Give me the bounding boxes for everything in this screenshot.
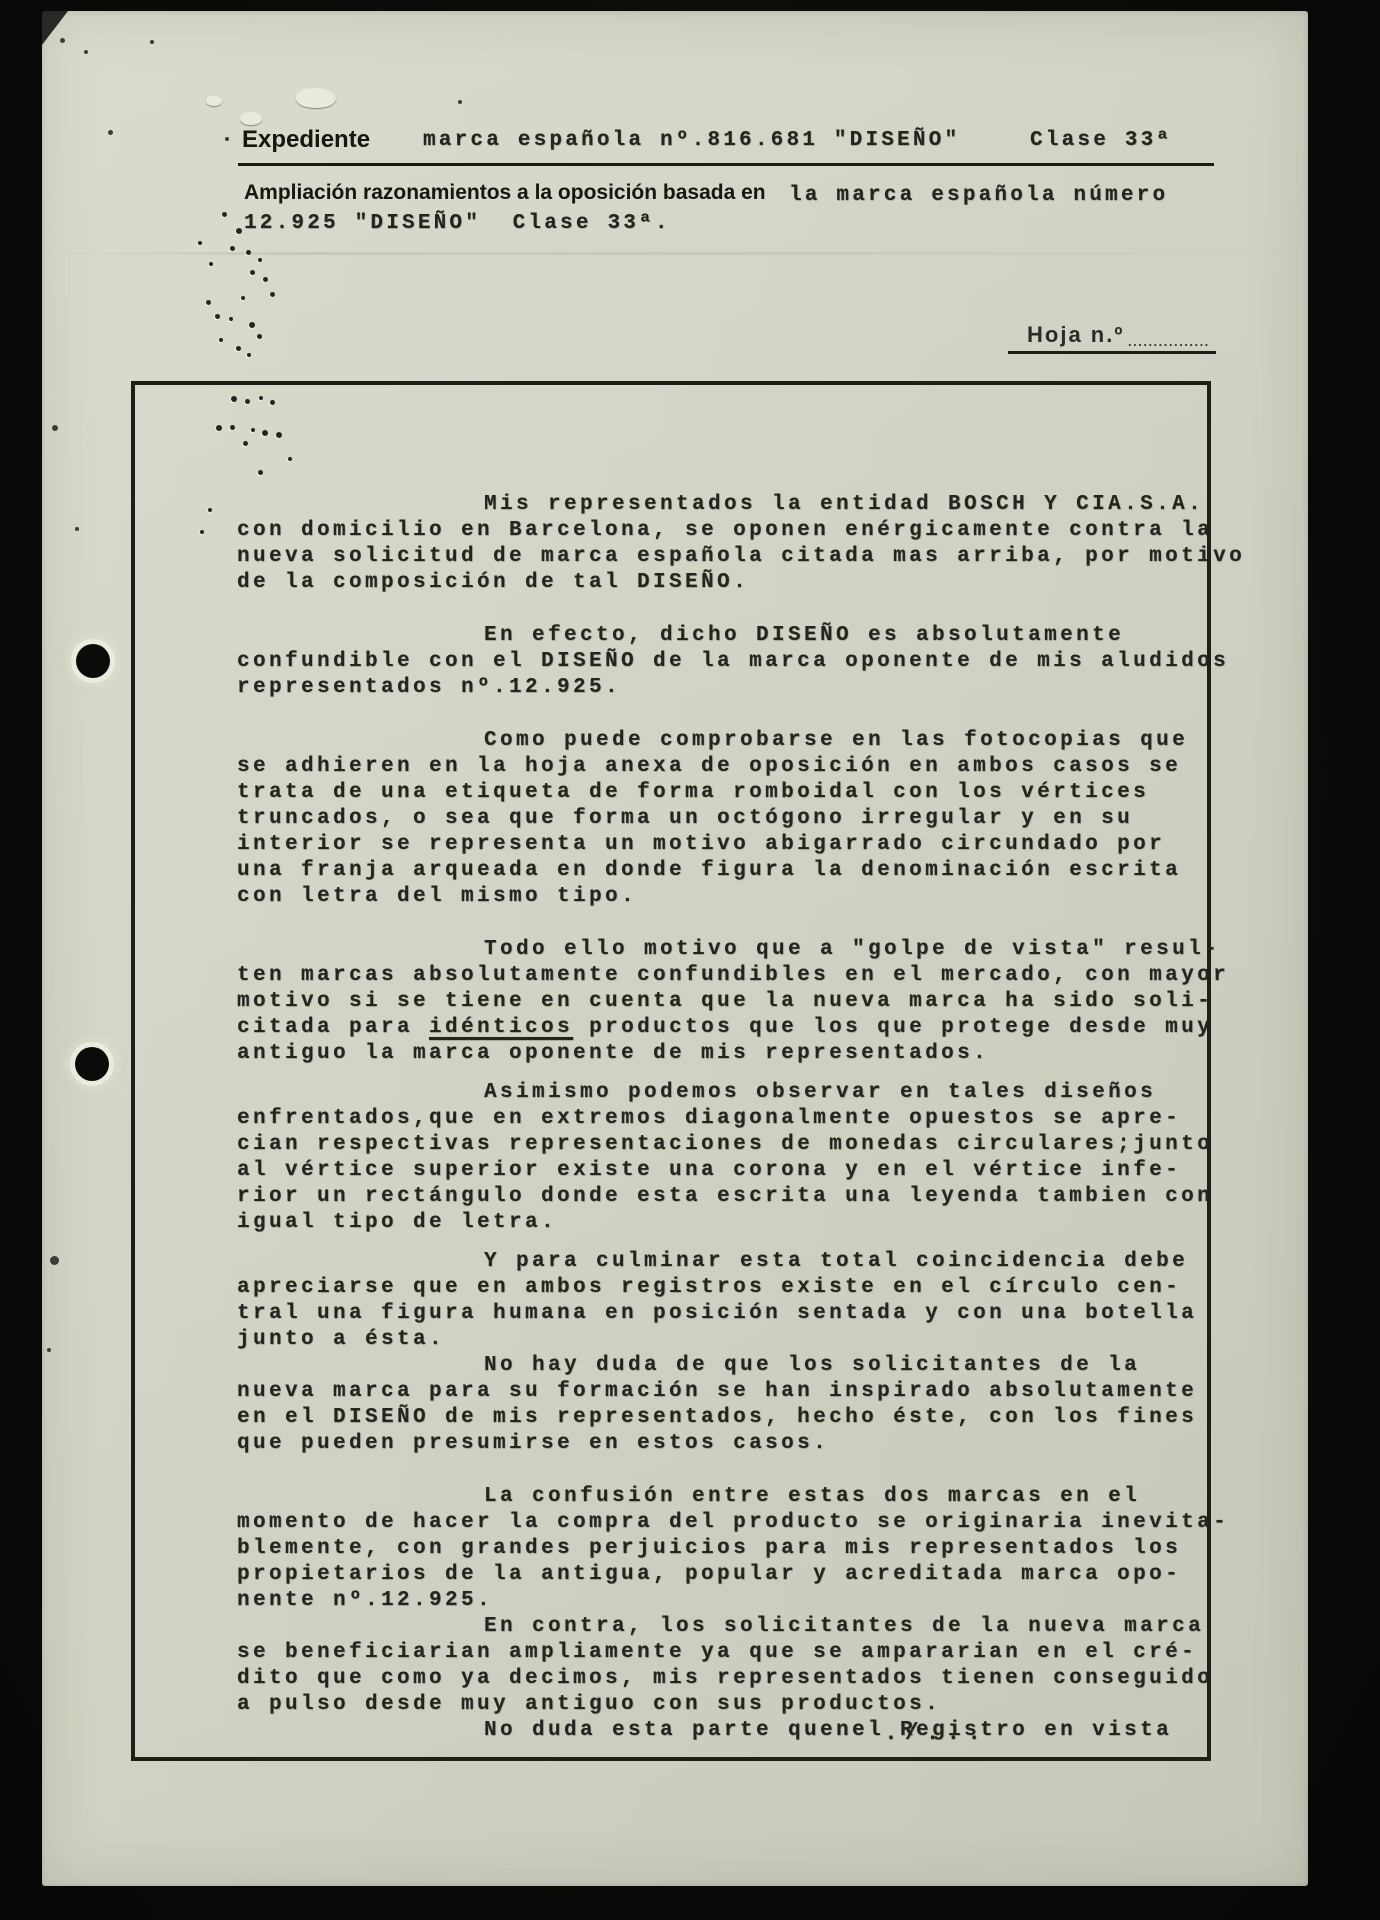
- hoja-number-field: ................: [1128, 334, 1210, 349]
- text-run: nente nº.12.925.: [237, 1589, 493, 1612]
- text-run: nueva solicitud de marca española citada…: [237, 545, 1245, 568]
- text-line: se adhieren en la hoja anexa de oposició…: [237, 754, 1247, 780]
- text-line: No hay duda de que los solicitantes de l…: [237, 1353, 1247, 1379]
- perforation-dot: [241, 296, 245, 300]
- paper-speck: [150, 40, 154, 44]
- text-run: cian respectivas representaciones de mon…: [237, 1133, 1213, 1156]
- text-line: representados nº.12.925.: [237, 675, 1247, 701]
- expediente-value: marca española nº.816.681 "DISEÑO": [423, 129, 960, 152]
- text-run: a pulso desde muy antiguo con sus produc…: [237, 1693, 941, 1716]
- text-line: Asimismo podemos observar en tales diseñ…: [237, 1080, 1247, 1106]
- text-line: motivo si se tiene en cuenta que la nuev…: [237, 989, 1247, 1015]
- text-line: que pueden presumirse en estos casos.: [237, 1431, 1247, 1457]
- text-line: propietarios de la antigua, popular y ac…: [237, 1562, 1247, 1588]
- text-line: Como puede comprobarse en las fotocopias…: [237, 728, 1247, 754]
- text-line: nente nº.12.925.: [237, 1588, 1247, 1614]
- underlined-word: idénticos: [429, 1016, 573, 1039]
- paper-tear-chip: [206, 96, 222, 106]
- text-run: Mis representados la entidad BOSCH Y CIA…: [484, 493, 1204, 516]
- perforation-dot: [246, 250, 251, 255]
- perforation-dot: [215, 314, 220, 319]
- text-run: Todo ello motivo que a "golpe de vista" …: [484, 938, 1220, 961]
- paragraph: Mis representados la entidad BOSCH Y CIA…: [237, 492, 1247, 596]
- perforation-dot: [209, 262, 213, 266]
- text-run: No duda esta parte quenel Registro en vi…: [484, 1719, 1172, 1742]
- perforation-dot: [258, 258, 262, 262]
- text-run: interior se representa un motivo abigarr…: [237, 833, 1165, 856]
- paragraph: En efecto, dicho DISEÑO es absolutamente…: [237, 623, 1247, 701]
- perforation-dot: [251, 428, 255, 432]
- text-line: nueva marca para su formación se han ins…: [237, 1379, 1247, 1405]
- perforation-dot: [250, 270, 255, 275]
- ampliacion-value-line1: la marca española número: [789, 184, 1168, 207]
- text-run: se adhieren en la hoja anexa de oposició…: [237, 755, 1181, 778]
- perforation-dot: [276, 432, 282, 438]
- text-line: con domicilio en Barcelona, se oponen en…: [237, 518, 1247, 544]
- text-run: junto a ésta.: [237, 1328, 445, 1351]
- text-run: trata de una etiqueta de forma romboidal…: [237, 781, 1149, 804]
- perforation-dot: [219, 338, 223, 342]
- text-run: blemente, con grandes perjuicios para mi…: [237, 1537, 1181, 1560]
- perforation-dot: [263, 277, 268, 282]
- text-run: citada para: [237, 1016, 429, 1039]
- perforation-dot: [262, 430, 268, 436]
- text-run: apreciarse que en ambos registros existe…: [237, 1276, 1181, 1299]
- paper-speck: [84, 50, 88, 54]
- text-run: Y para culminar esta total coincidencia …: [484, 1250, 1188, 1273]
- text-line: antiguo la marca oponente de mis represe…: [237, 1041, 1247, 1067]
- text-run: nueva marca para su formación se han ins…: [237, 1380, 1197, 1403]
- paragraph: En contra, los solicitantes de la nueva …: [237, 1614, 1247, 1718]
- text-line: confundible con el DISEÑO de la marca op…: [237, 649, 1247, 675]
- text-line: interior se representa un motivo abigarr…: [237, 832, 1247, 858]
- text-line: citada para idénticos productos que los …: [237, 1015, 1247, 1041]
- text-run: Asimismo podemos observar en tales diseñ…: [484, 1081, 1156, 1104]
- paragraph: No duda esta parte quenel Registro en vi…: [237, 1718, 1247, 1744]
- text-line: una franja arqueada en donde figura la d…: [237, 858, 1247, 884]
- perforation-dot: [230, 246, 235, 251]
- ampliacion-value-line2: 12.925 "DISEÑO" Clase 33ª.: [244, 212, 671, 235]
- text-run: al vértice superior existe una corona y …: [237, 1159, 1181, 1182]
- text-line: se beneficiarian ampliamente ya que se a…: [237, 1640, 1247, 1666]
- text-run: confundible con el DISEÑO de la marca op…: [237, 650, 1229, 673]
- paper-speck: [225, 137, 229, 141]
- paper-speck: [50, 1256, 59, 1265]
- text-line: apreciarse que en ambos registros existe…: [237, 1275, 1247, 1301]
- text-run: En efecto, dicho DISEÑO es absolutamente: [484, 624, 1124, 647]
- perforation-dot: [247, 353, 251, 357]
- clase-value: Clase 33ª: [1030, 129, 1172, 152]
- punch-hole-top: [76, 644, 110, 678]
- text-run: motivo si se tiene en cuenta que la nuev…: [237, 990, 1213, 1013]
- text-line: rior un rectángulo donde esta escrita un…: [237, 1184, 1247, 1210]
- perforation-dot: [259, 396, 263, 400]
- perforation-dot: [288, 457, 292, 461]
- perforation-dot: [230, 425, 235, 430]
- text-run: de la composición de tal DISEÑO.: [237, 571, 749, 594]
- perforation-dot: [257, 334, 262, 339]
- text-line: Mis representados la entidad BOSCH Y CIA…: [237, 492, 1247, 518]
- text-line: tral una figura humana en posición senta…: [237, 1301, 1247, 1327]
- text-line: La confusión entre estas dos marcas en e…: [237, 1484, 1247, 1510]
- document-body: Mis representados la entidad BOSCH Y CIA…: [237, 492, 1247, 1744]
- ampliacion-label: Ampliación razonamientos a la oposición …: [244, 181, 766, 205]
- punch-hole-bottom: [75, 1047, 109, 1081]
- perforation-dot: [231, 396, 237, 402]
- perforation-dot: [200, 530, 204, 534]
- paragraph: Y para culminar esta total coincidencia …: [237, 1249, 1247, 1353]
- text-line: nueva solicitud de marca española citada…: [237, 544, 1247, 570]
- perforation-dot: [208, 508, 212, 512]
- hoja-label: Hoja n.º: [1027, 322, 1124, 348]
- perforation-dot: [245, 399, 250, 404]
- perforation-dot: [236, 346, 241, 351]
- paper-speck: [47, 1348, 51, 1352]
- text-line: junto a ésta.: [237, 1327, 1247, 1353]
- header-rule: [238, 163, 1214, 166]
- text-run: En contra, los solicitantes de la nueva …: [484, 1615, 1204, 1638]
- paper-tear-chip: [296, 88, 336, 108]
- text-run: Como puede comprobarse en las fotocopias…: [484, 729, 1188, 752]
- perforation-dot: [198, 241, 202, 245]
- text-run: representados nº.12.925.: [237, 676, 621, 699]
- text-run: antiguo la marca oponente de mis represe…: [237, 1042, 989, 1065]
- text-line: trata de una etiqueta de forma romboidal…: [237, 780, 1247, 806]
- text-run: se beneficiarian ampliamente ya que se a…: [237, 1641, 1197, 1664]
- paper-speck: [108, 130, 113, 135]
- perforation-dot: [222, 212, 227, 217]
- perforation-dot: [258, 470, 263, 475]
- perforation-dot: [249, 322, 255, 328]
- text-line: truncados, o sea que forma un octógono i…: [237, 806, 1247, 832]
- text-run: una franja arqueada en donde figura la d…: [237, 859, 1181, 882]
- text-run: dito que como ya decimos, mis representa…: [237, 1667, 1213, 1690]
- text-line: a pulso desde muy antiguo con sus produc…: [237, 1692, 1247, 1718]
- paper-speck: [75, 527, 79, 531]
- text-line: cian respectivas representaciones de mon…: [237, 1132, 1247, 1158]
- text-line: Y para culminar esta total coincidencia …: [237, 1249, 1247, 1275]
- perforation-dot: [236, 228, 242, 234]
- perforation-dot: [243, 441, 248, 446]
- text-line: En contra, los solicitantes de la nueva …: [237, 1614, 1247, 1640]
- paper-speck: [52, 425, 58, 431]
- text-run: momento de hacer la compra del producto …: [237, 1511, 1229, 1534]
- text-run: igual tipo de letra.: [237, 1211, 557, 1234]
- text-line: con letra del mismo tipo.: [237, 884, 1247, 910]
- paragraph: La confusión entre estas dos marcas en e…: [237, 1484, 1247, 1614]
- text-line: al vértice superior existe una corona y …: [237, 1158, 1247, 1184]
- text-run: tral una figura humana en posición senta…: [237, 1302, 1197, 1325]
- paper-crease: [42, 252, 1308, 255]
- paper-speck: [60, 38, 65, 43]
- text-run: productos que los que protege desde muy: [573, 1016, 1213, 1039]
- text-line: enfrentados,que en extremos diagonalment…: [237, 1106, 1247, 1132]
- expediente-label: Expediente: [242, 126, 370, 154]
- paragraph: No hay duda de que los solicitantes de l…: [237, 1353, 1247, 1457]
- text-line: dito que como ya decimos, mis representa…: [237, 1666, 1247, 1692]
- paper-tear-chip: [240, 112, 262, 125]
- text-run: en el DISEÑO de mis representados, hecho…: [237, 1406, 1197, 1429]
- text-line: de la composición de tal DISEÑO.: [237, 570, 1247, 596]
- text-run: La confusión entre estas dos marcas en e…: [484, 1485, 1140, 1508]
- text-run: enfrentados,que en extremos diagonalment…: [237, 1107, 1181, 1130]
- text-run: No hay duda de que los solicitantes de l…: [484, 1354, 1140, 1377]
- text-run: rior un rectángulo donde esta escrita un…: [237, 1185, 1213, 1208]
- text-line: momento de hacer la compra del producto …: [237, 1510, 1247, 1536]
- text-line: ten marcas absolutamente confundibles en…: [237, 963, 1247, 989]
- perforation-dot: [229, 317, 233, 321]
- perforation-dot: [206, 300, 211, 305]
- paper-speck: [458, 100, 462, 104]
- perforation-dot: [270, 400, 275, 405]
- text-run: propietarios de la antigua, popular y ac…: [237, 1563, 1181, 1586]
- perforation-dot: [216, 425, 222, 431]
- scanned-page: Expediente marca española nº.816.681 "DI…: [0, 0, 1380, 1920]
- text-run: ten marcas absolutamente confundibles en…: [237, 964, 1229, 987]
- text-line: Todo ello motivo que a "golpe de vista" …: [237, 937, 1247, 963]
- paragraph: Todo ello motivo que a "golpe de vista" …: [237, 937, 1247, 1067]
- text-run: con domicilio en Barcelona, se oponen en…: [237, 519, 1213, 542]
- text-line: igual tipo de letra.: [237, 1210, 1247, 1236]
- hoja-underline: [1008, 351, 1216, 354]
- perforation-dot: [270, 292, 275, 297]
- text-line: en el DISEÑO de mis representados, hecho…: [237, 1405, 1247, 1431]
- paragraph: Asimismo podemos observar en tales diseñ…: [237, 1080, 1247, 1236]
- text-run: con letra del mismo tipo.: [237, 885, 637, 908]
- text-line: No duda esta parte quenel Registro en vi…: [237, 1718, 1247, 1744]
- text-line: En efecto, dicho DISEÑO es absolutamente: [237, 623, 1247, 649]
- text-run: truncados, o sea que forma un octógono i…: [237, 807, 1133, 830]
- text-line: blemente, con grandes perjuicios para mi…: [237, 1536, 1247, 1562]
- continuation-mark: ./...: [884, 1720, 988, 1746]
- paragraph: Como puede comprobarse en las fotocopias…: [237, 728, 1247, 910]
- text-run: que pueden presumirse en estos casos.: [237, 1432, 829, 1455]
